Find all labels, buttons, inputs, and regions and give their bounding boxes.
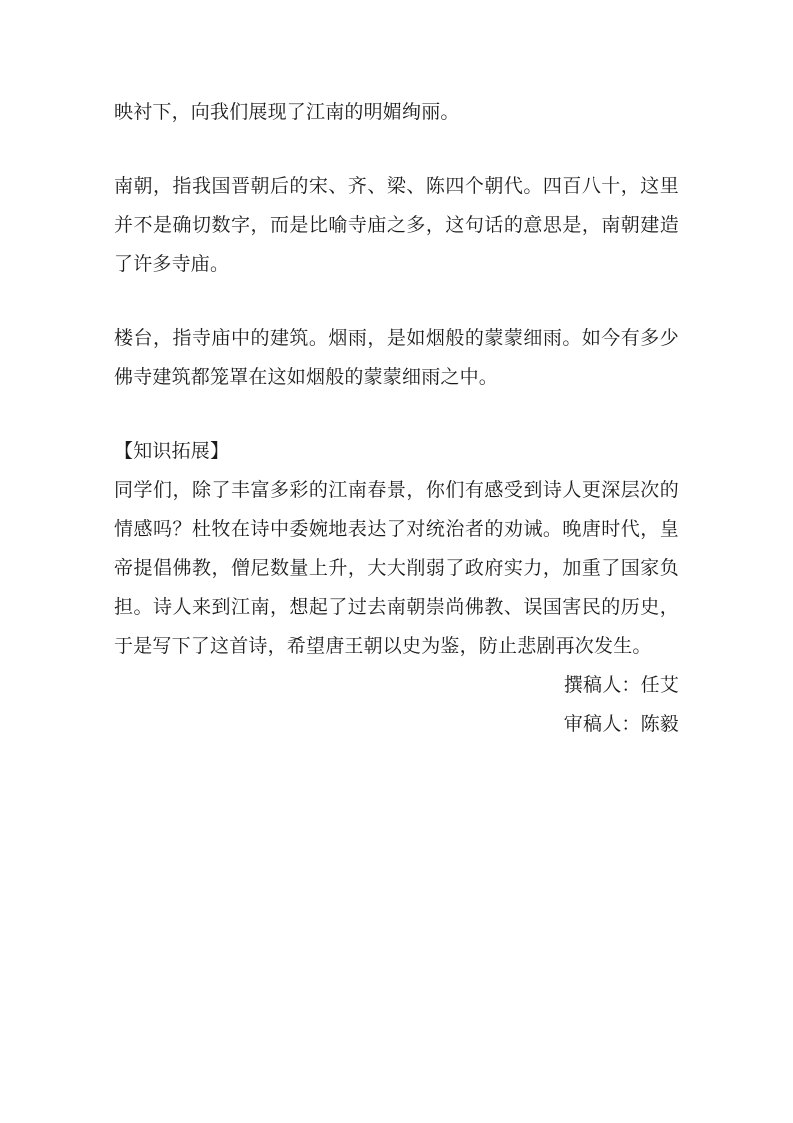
paragraph-nanchao-explanation: 南朝，指我国晋朝后的宋、齐、梁、陈四个朝代。四百八十，这里并不是确切数字，而是比… [114,167,679,284]
paragraph-knowledge-expansion-body: 同学们，除了丰富多彩的江南春景，你们有感受到诗人更深层次的情感吗？杜牧在诗中委婉… [114,471,679,666]
paragraph-loutai-explanation: 楼台，指寺庙中的建筑。烟雨，是如烟般的蒙蒙细雨。如今有多少佛寺建筑都笼罩在这如烟… [114,319,679,397]
author-signature-line: 撰稿人：任艾 [114,666,679,705]
section-heading-knowledge-expansion: 【知识拓展】 [114,432,679,471]
reviewer-signature-line: 审稿人：陈毅 [114,705,679,744]
document-page: 映衬下，向我们展现了江南的明媚绚丽。 南朝，指我国晋朝后的宋、齐、梁、陈四个朝代… [0,0,793,1123]
paragraph-jiangnan-continuation: 映衬下，向我们展现了江南的明媚绚丽。 [114,93,679,132]
